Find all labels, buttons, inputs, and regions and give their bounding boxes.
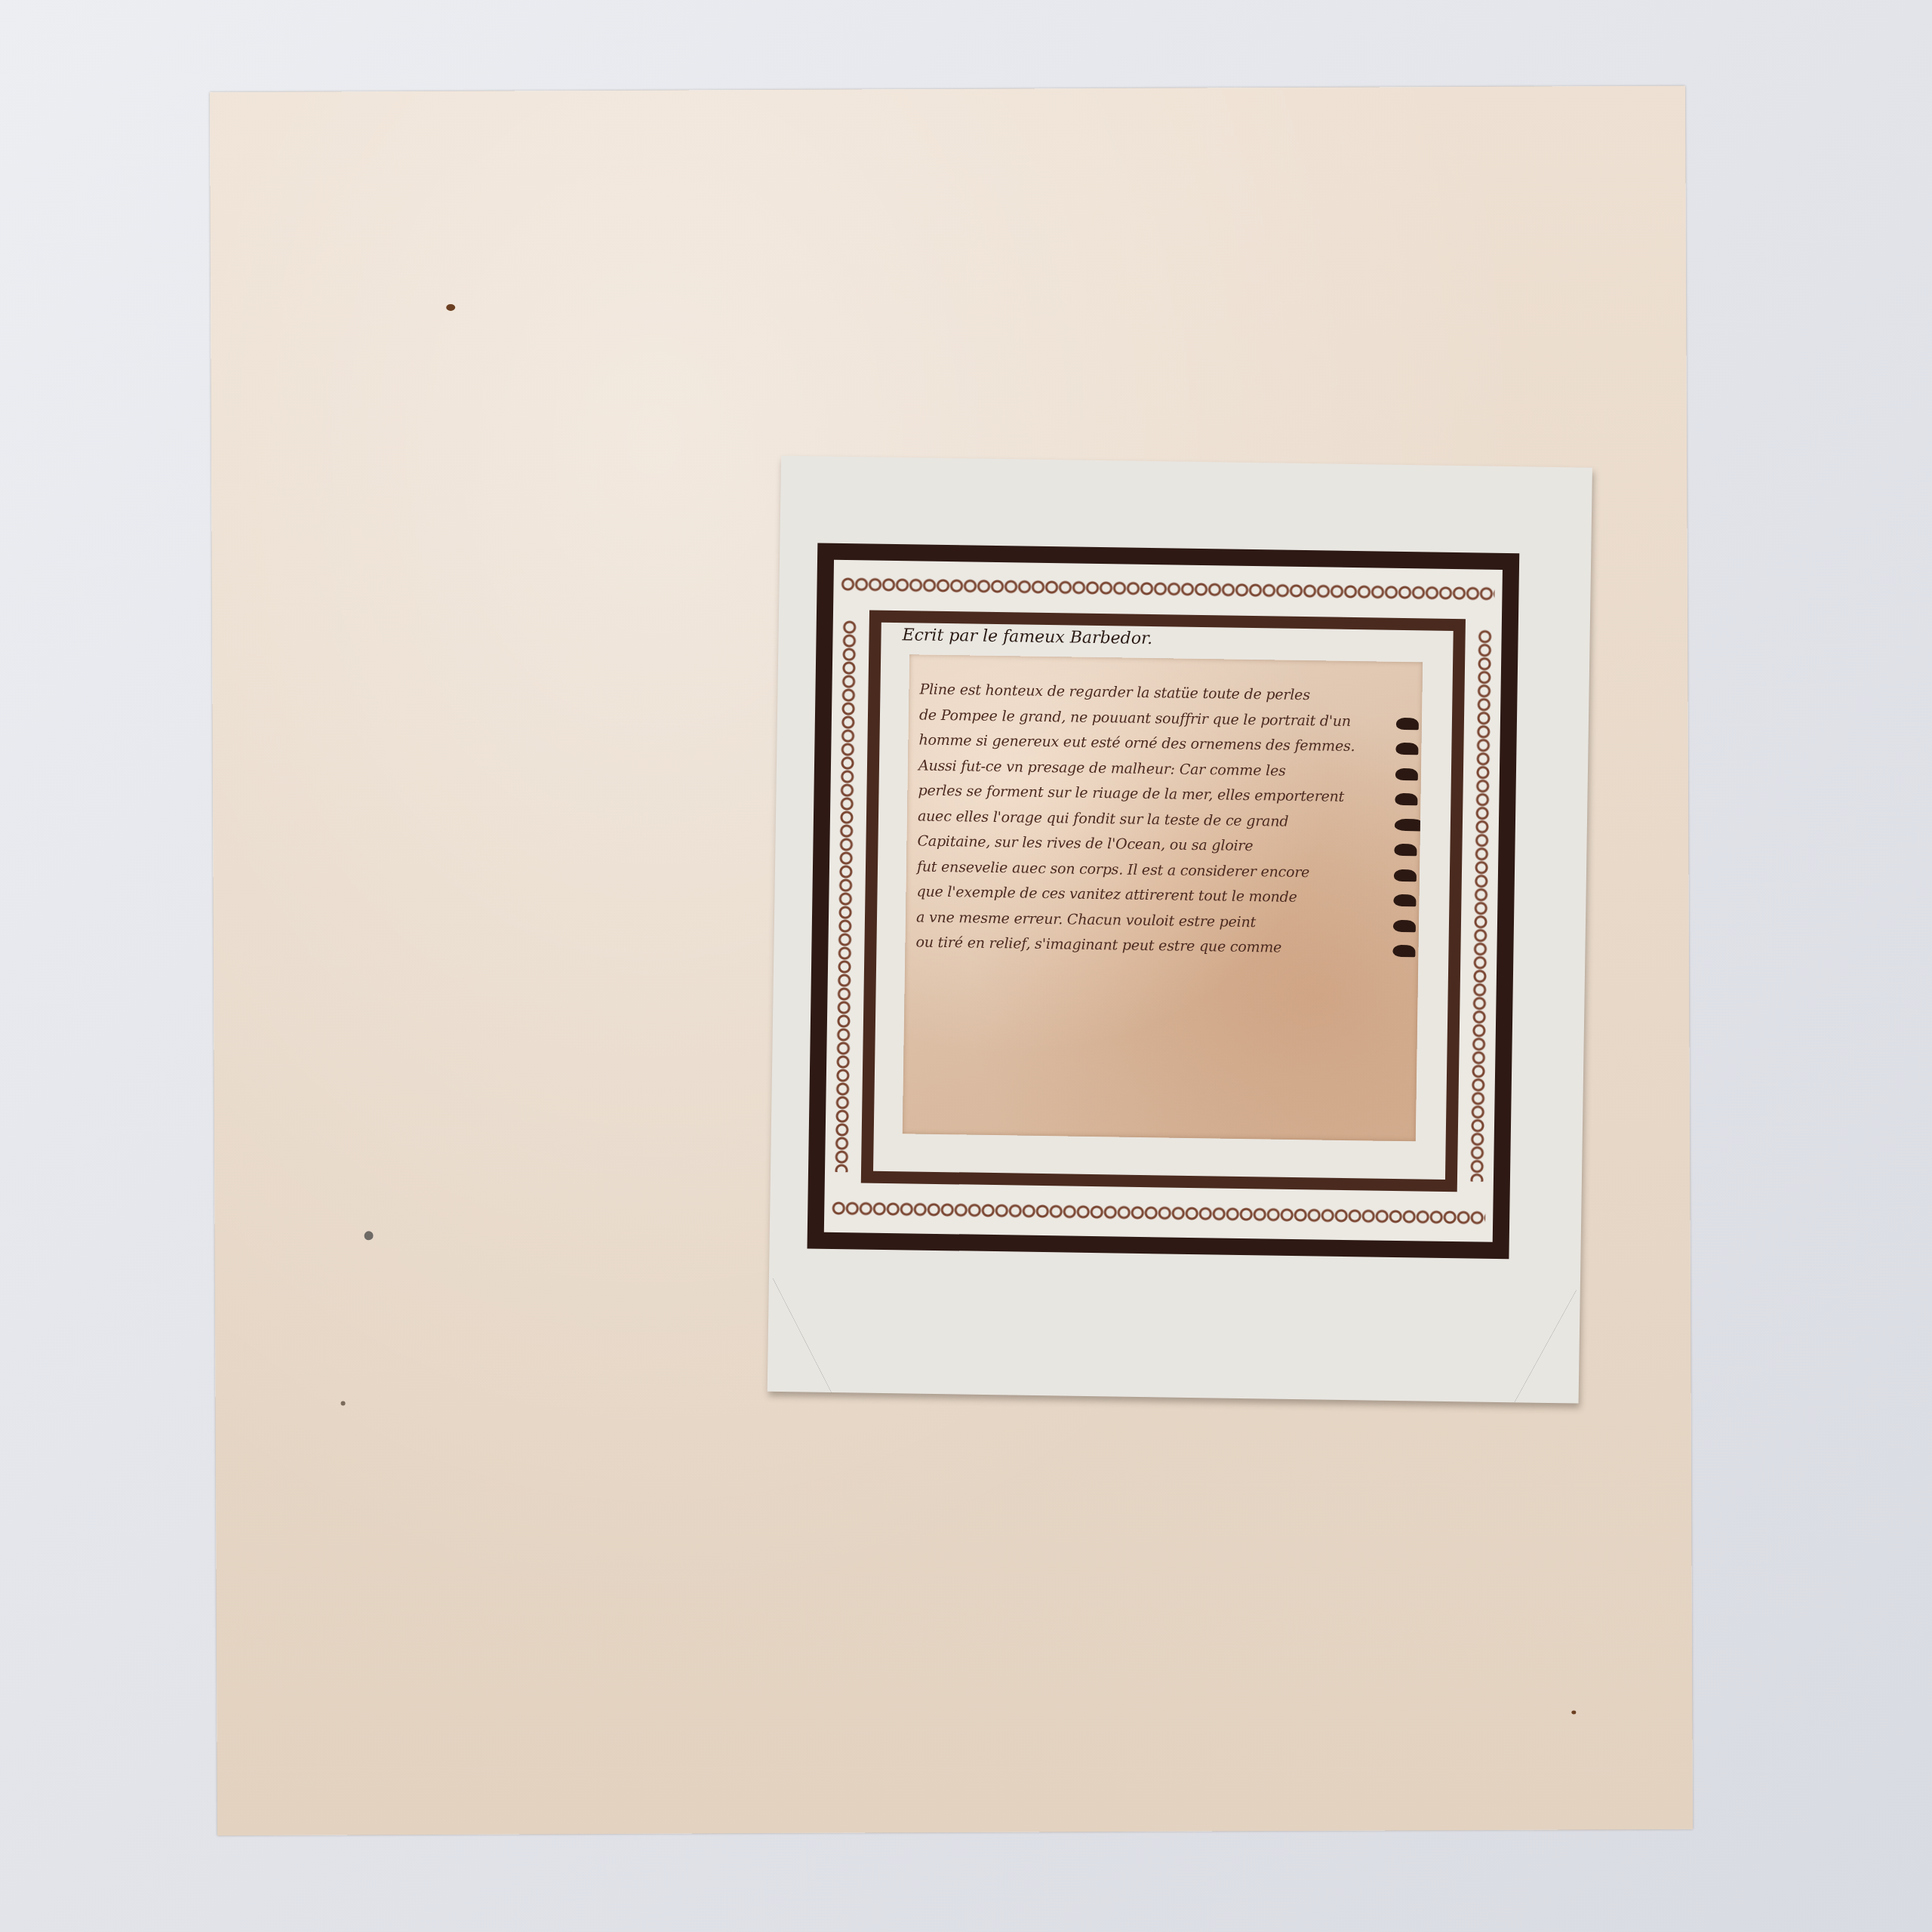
manuscript-line-text: de Pompee le grand, ne pouuant souffrir … [919, 706, 1351, 729]
manuscript-line-text: Capitaine, sur les rives de l'Ocean, ou … [917, 833, 1253, 855]
thumb-index-tab [1394, 869, 1417, 881]
manuscript-line-text: a vne mesme erreur. Chacun vouloit estre… [916, 909, 1256, 931]
inner-frame-border: Ecrit par le fameux Barbedor. Pline est … [861, 611, 1466, 1192]
braid-ornament-bottom [832, 1201, 1485, 1226]
ink-spot [446, 304, 455, 311]
thumb-index-tab [1395, 743, 1418, 755]
attribution-caption: Ecrit par le fameux Barbedor. [902, 626, 1152, 648]
manuscript-line-text: auec elles l'orage qui fondit sur la tes… [918, 808, 1289, 829]
thumb-index-tab [1395, 818, 1423, 831]
foxing-spot [1571, 1710, 1576, 1714]
manuscript-text-block: Pline est honteux de regarder la statüe … [903, 654, 1423, 1141]
manuscript-line-text: que l'exemple de ces vanitez attirerent … [916, 883, 1297, 905]
foxing-spot [365, 1231, 374, 1240]
thumb-index-tab [1396, 717, 1419, 729]
manuscript-line-text: Aussi fut-ce vn presage de malheur: Car … [918, 757, 1286, 779]
braid-ornament-top [841, 577, 1494, 601]
manuscript-line-text: ou tiré en relief, s'imaginant peut estr… [915, 934, 1281, 955]
foxing-spot [341, 1401, 346, 1406]
outer-frame-border: Ecrit par le fameux Barbedor. Pline est … [807, 543, 1519, 1260]
paper-sheet: Ecrit par le fameux Barbedor. Pline est … [210, 86, 1693, 1836]
thumb-index-tab [1395, 768, 1418, 780]
thumb-index-tab [1395, 793, 1417, 805]
thumb-index-tab [1394, 844, 1417, 856]
braid-ornament-left [834, 620, 857, 1172]
thumb-index-tab [1392, 945, 1415, 957]
braid-ornament-right [1469, 629, 1493, 1181]
thumb-index-tab [1393, 919, 1416, 931]
manuscript-line-text: fut ensevelie auec son corps. Il est a c… [917, 858, 1310, 881]
manuscript-line-text: perles se forment sur le riuage de la me… [918, 783, 1344, 805]
thumb-index-tab [1393, 894, 1416, 906]
manuscript-line-text: homme si genereux eut esté orné des orne… [918, 732, 1355, 755]
mounting-card: Ecrit par le fameux Barbedor. Pline est … [768, 456, 1592, 1404]
